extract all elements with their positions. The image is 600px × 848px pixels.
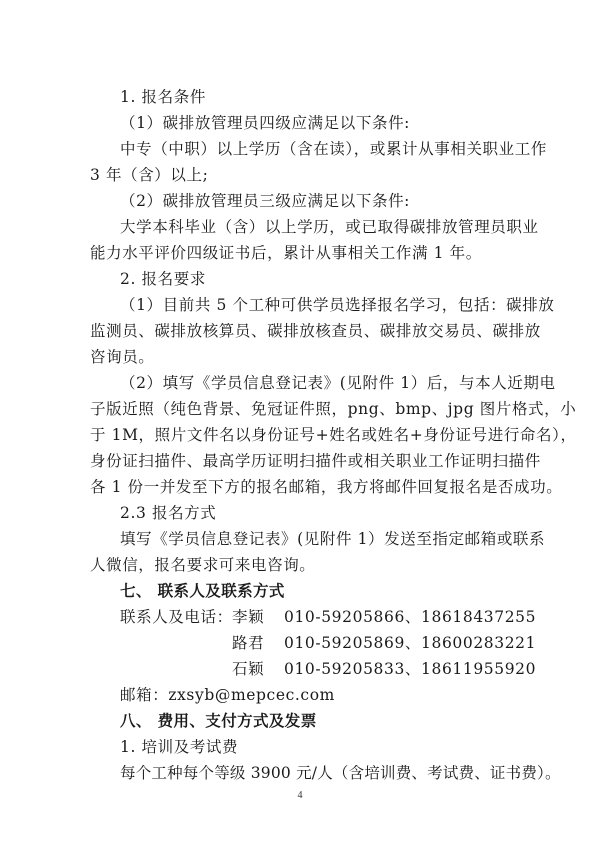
contact-email-row: 邮箱：zxsyb@mepcec.com <box>120 685 510 705</box>
section-heading-fees: 八、 费用、支付方式及发票 <box>120 711 510 731</box>
condition-level4-title: （1）碳排放管理员四级应满足以下条件: <box>120 113 510 133</box>
contact-row-3: 石颖010-59205833、18611955920 <box>232 659 600 679</box>
contact-row-2: 路君010-59205869、18600283221 <box>232 633 600 653</box>
requirement-2-line5: 各 1 份一并发至下方的报名邮箱，我方将邮件回复报名是否成功。 <box>90 477 510 497</box>
document-page: 1. 报名条件 （1）碳排放管理员四级应满足以下条件: 中专（中职）以上学历（含… <box>0 0 600 848</box>
registration-method-line1: 填写《学员信息登记表》(见附件 1）发送至指定邮箱或联系 <box>120 529 510 549</box>
registration-method-line2: 人微信，报名要求可来电咨询。 <box>90 555 510 575</box>
section-title-registration-method: 2.3 报名方式 <box>120 503 510 523</box>
section-title-registration-conditions: 1. 报名条件 <box>120 87 510 107</box>
contact-name: 李颖 <box>232 607 284 627</box>
requirement-2-line4: 身份证扫描件、最高学历证明扫描件或相关职业工作证明扫描件 <box>90 451 510 471</box>
contact-phones: 010-59205866、18618437255 <box>284 608 536 626</box>
requirement-1-line2: 监测员、碳排放核算员、碳排放核查员、碳排放交易员、碳排放 <box>90 321 510 341</box>
section-title-registration-requirements: 2. 报名要求 <box>120 269 510 289</box>
condition-level3-body-line2: 能力水平评价四级证书后，累计从事相关工作满 1 年。 <box>90 243 510 263</box>
email-label: 邮箱： <box>120 686 168 704</box>
condition-level4-body-line2: 3 年（含）以上; <box>90 165 510 185</box>
requirement-2-line3: 于 1M，照片文件名以身份证号+姓名或姓名+身份证号进行命名）， <box>90 425 510 445</box>
contact-phones: 010-59205833、18611955920 <box>284 660 536 678</box>
contact-name: 石颖 <box>232 659 284 679</box>
fees-body: 每个工种每个等级 3900 元/人（含培训费、考试费、证书费）。 <box>120 763 510 783</box>
condition-level3-title: （2）碳排放管理员三级应满足以下条件: <box>120 191 510 211</box>
contact-row-1: 联系人及电话：李颖010-59205866、18618437255 <box>120 607 510 627</box>
contact-name: 路君 <box>232 633 284 653</box>
page-number: 4 <box>0 790 600 801</box>
requirement-1-line1: （1）目前共 5 个工种可供学员选择报名学习，包括：碳排放 <box>120 295 510 315</box>
email-address: zxsyb@mepcec.com <box>168 686 335 704</box>
fees-subtitle: 1. 培训及考试费 <box>120 737 510 757</box>
requirement-2-line2: 子版近照（纯色背景、免冠证件照，png、bmp、jpg 图片格式，小 <box>90 399 510 419</box>
condition-level4-body-line1: 中专（中职）以上学历（含在读），或累计从事相关职业工作 <box>120 139 510 159</box>
requirement-1-line3: 咨询员。 <box>90 347 510 367</box>
section-heading-contacts: 七、 联系人及联系方式 <box>120 581 510 601</box>
condition-level3-body-line1: 大学本科毕业（含）以上学历，或已取得碳排放管理员职业 <box>120 217 510 237</box>
contact-label: 联系人及电话： <box>120 607 232 627</box>
requirement-2-line1: （2）填写《学员信息登记表》(见附件 1）后，与本人近期电 <box>120 373 510 393</box>
contact-phones: 010-59205869、18600283221 <box>284 634 536 652</box>
